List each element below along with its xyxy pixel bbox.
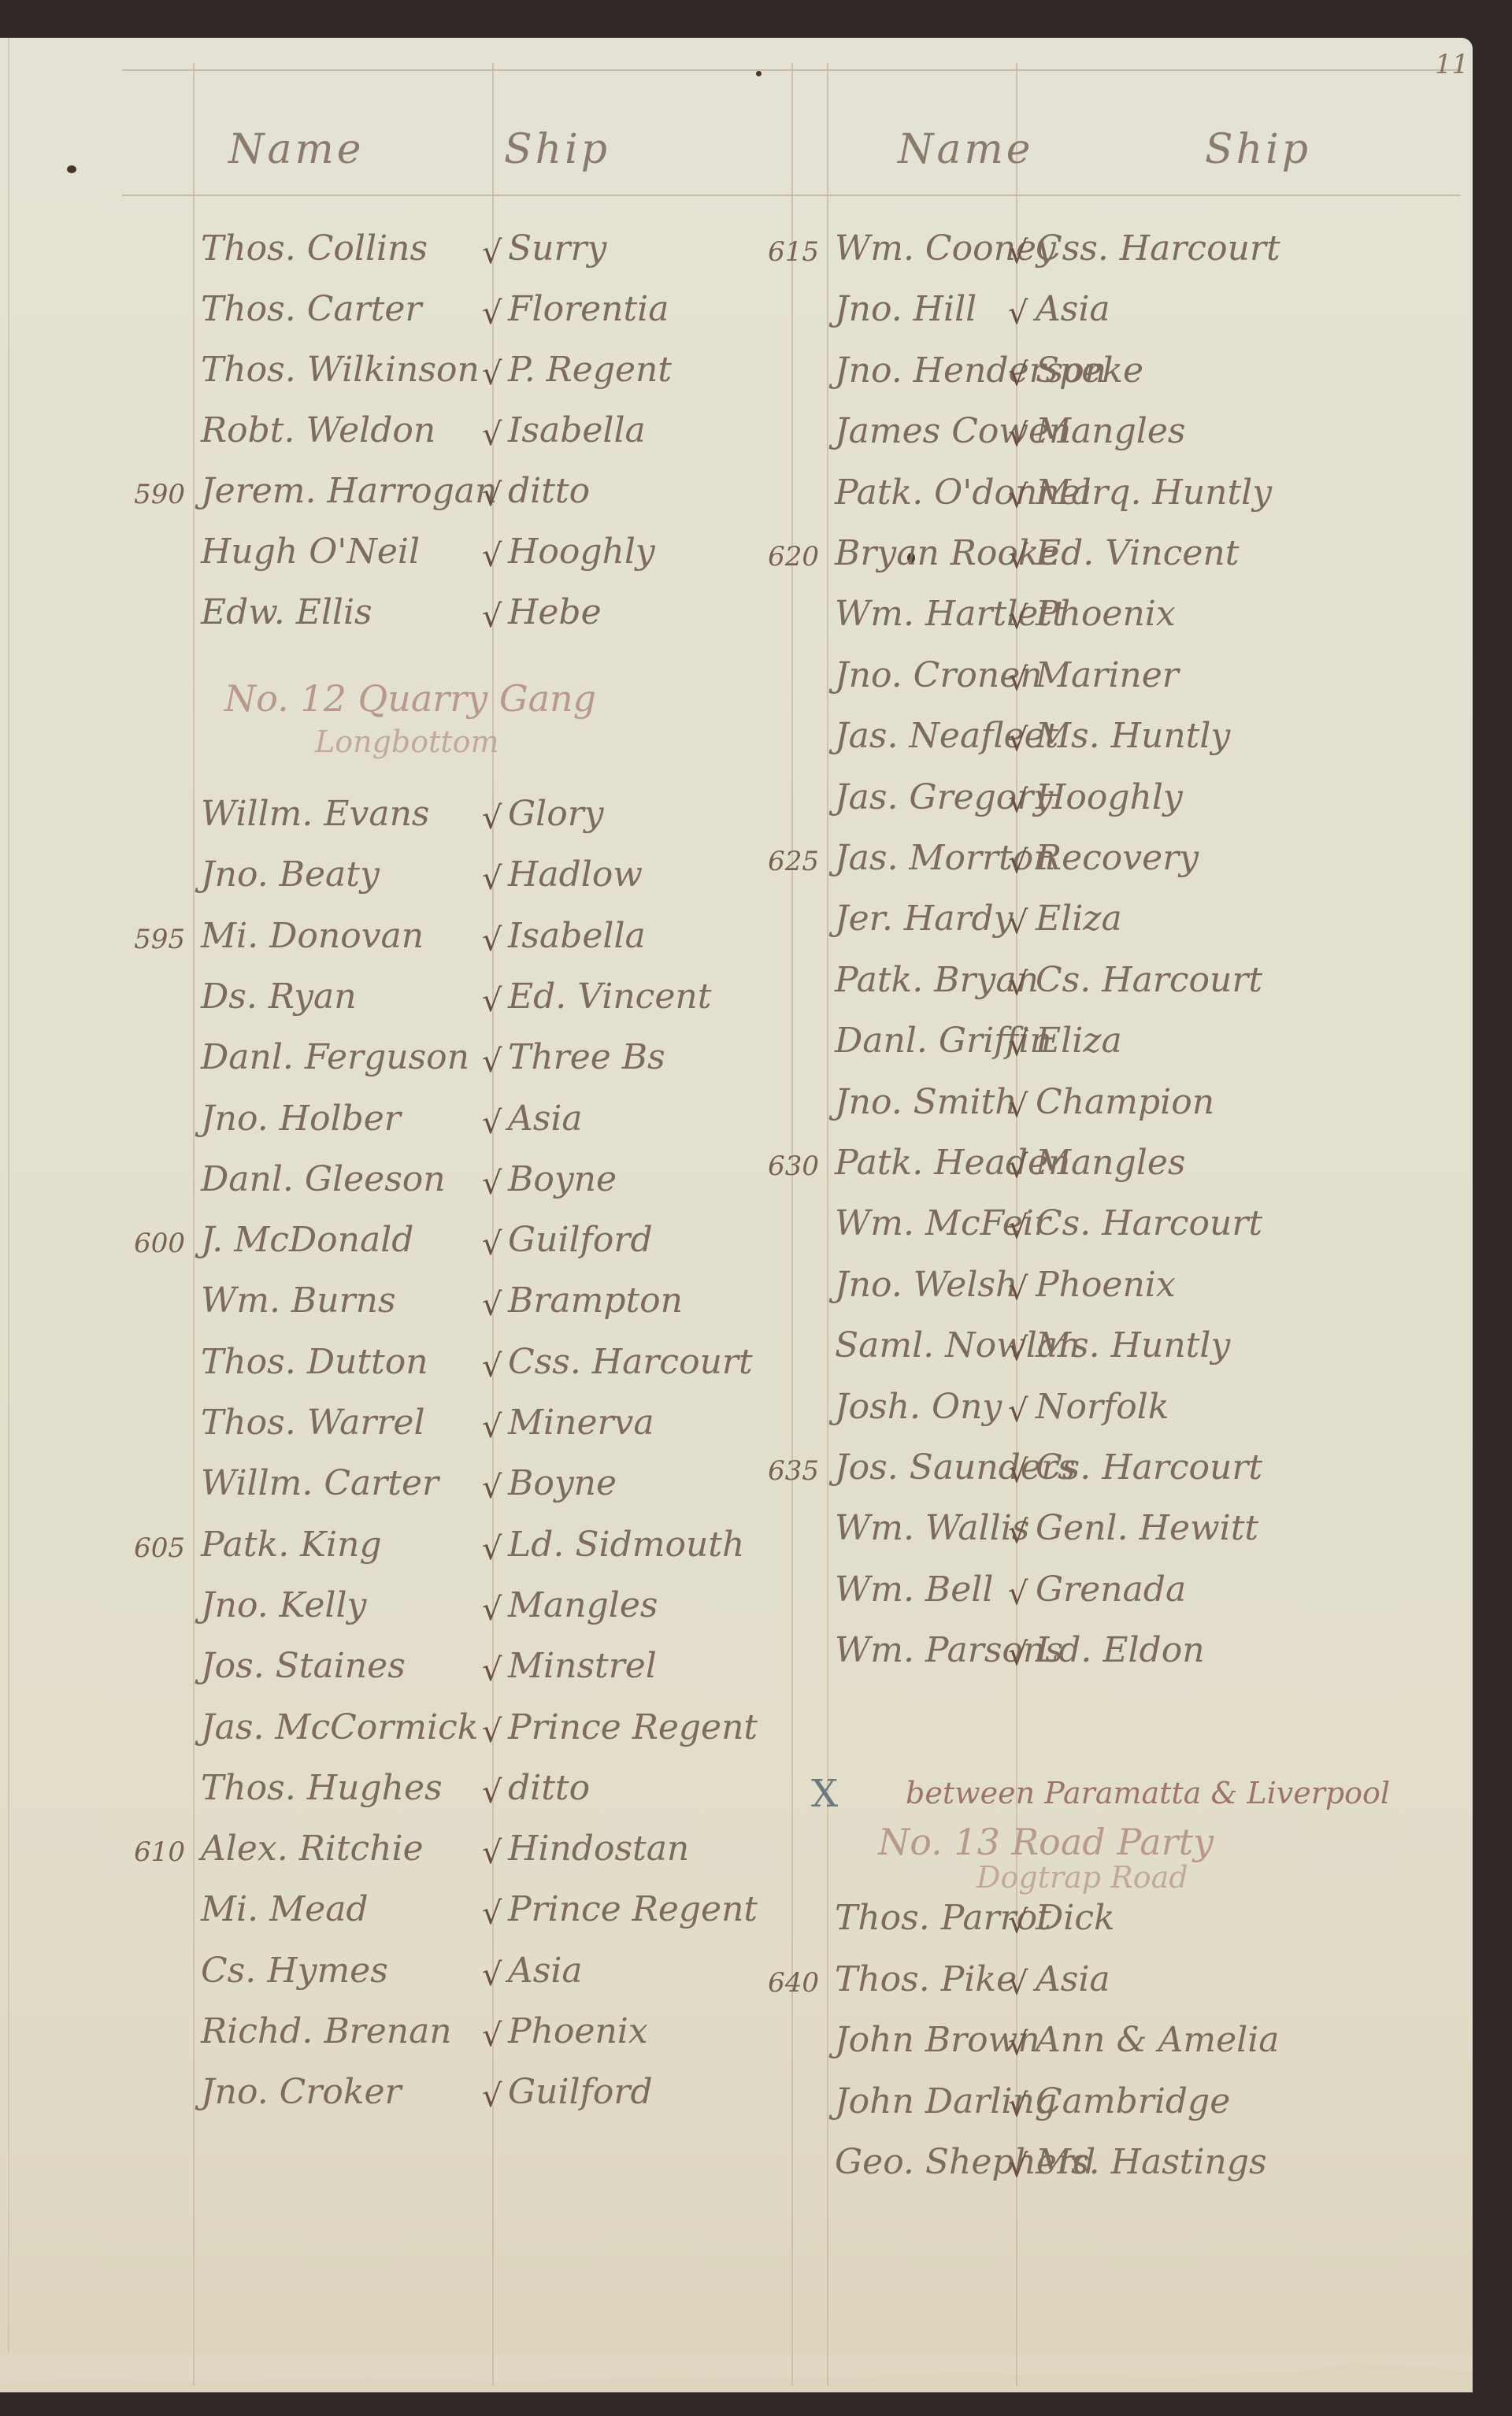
ship-name: Phoenix (1036, 594, 1176, 634)
convict-name: Thos. Wilkinson (201, 350, 480, 390)
column-header-name-right: Name (898, 126, 1034, 173)
convict-name: Jer. Hardy (835, 899, 1014, 939)
convict-name: Jno. Kelly (201, 1585, 366, 1625)
ship-name: Prince Regent (508, 1889, 758, 1929)
convict-name: Cs. Hymes (201, 1951, 388, 1991)
check-mark-icon: √ (482, 538, 502, 574)
ship-name: Speke (1036, 350, 1143, 391)
convict-name: Josh. Ony (835, 1387, 1002, 1427)
ship-name: Ms. Huntly (1036, 716, 1230, 756)
check-mark-icon: √ (482, 983, 502, 1019)
convict-name: Ds. Ryan (201, 976, 357, 1017)
x-mark: X (811, 1772, 838, 1816)
convict-name: Willm. Evans (201, 794, 430, 834)
ruled-center-divider (791, 63, 793, 2386)
check-mark-icon: √ (482, 1774, 502, 1810)
convict-name: Patk. King (201, 1525, 382, 1565)
check-mark-icon: √ (1008, 905, 1028, 941)
convict-name: Jno. Holber (201, 1099, 401, 1139)
convict-name: Thos. Carter (201, 289, 421, 329)
check-mark-icon: √ (1008, 2148, 1028, 2184)
ship-name: Hooghly (508, 532, 655, 572)
ship-name: Dick (1036, 1898, 1115, 1938)
convict-name: Thos. Dutton (201, 1342, 428, 1382)
convict-name: Edw. Ellis (201, 592, 372, 632)
ship-name: Css. Harcourt (1036, 228, 1280, 269)
check-mark-icon: √ (1008, 1636, 1028, 1673)
convict-name: Thos. Pike (835, 1959, 1017, 1999)
check-mark-icon: √ (1008, 1088, 1028, 1125)
ship-name: Norfolk (1036, 1387, 1169, 1427)
check-mark-icon: √ (1008, 1966, 1028, 2002)
check-mark-icon: √ (482, 356, 502, 392)
check-mark-icon: √ (1008, 357, 1028, 393)
check-mark-icon: √ (1008, 539, 1028, 576)
ship-name: Mangles (1036, 411, 1185, 451)
ship-name: Champion (1036, 1082, 1214, 1122)
ship-name: Eliza (1036, 1021, 1122, 1061)
check-mark-icon: √ (482, 1469, 502, 1506)
ship-name: Asia (1036, 289, 1110, 329)
convict-name: Jas. McCormick (201, 1707, 478, 1747)
check-mark-icon: √ (1008, 1514, 1028, 1551)
ship-name: Asia (508, 1951, 583, 1991)
convict-name: Wm. Parsons (835, 1630, 1063, 1670)
check-mark-icon: √ (482, 922, 502, 958)
entry-number: 610 (122, 1836, 185, 1868)
ship-name: Mangles (508, 1585, 658, 1625)
entry-number: 630 (756, 1151, 819, 1182)
ship-name: Ed. Vincent (508, 976, 711, 1017)
ship-name: Cs. Harcourt (1036, 1203, 1262, 1243)
check-mark-icon: √ (1008, 966, 1028, 1002)
ship-name: Hindostan (508, 1829, 689, 1869)
column-header-ship-left: Ship (504, 126, 610, 173)
ship-name: Surry (508, 228, 606, 269)
check-mark-icon: √ (1008, 1271, 1028, 1307)
ship-name: Mariner (1036, 655, 1179, 695)
convict-name: Jno. Welsh (835, 1265, 1017, 1305)
convict-name: Thos. Collins (201, 228, 428, 269)
ship-name: Cs. Harcourt (1036, 960, 1262, 1000)
ship-name: Brampton (508, 1280, 683, 1321)
convict-name: Jno. Smith (835, 1082, 1017, 1122)
check-mark-icon: √ (482, 1348, 502, 1384)
right-section-subtitle: Dogtrap Road (976, 1860, 1188, 1895)
ship-name: Ms. Huntly (1036, 1325, 1230, 1365)
entry-number: 640 (756, 1967, 819, 1999)
entry-number: 635 (756, 1455, 819, 1487)
ship-name: Marq. Huntly (1036, 472, 1272, 513)
ship-name: Prince Regent (508, 1707, 758, 1747)
convict-name: Danl. Gleeson (201, 1159, 446, 1199)
convict-name: Wm. Wallis (835, 1508, 1029, 1548)
entry-number: 600 (122, 1228, 185, 1259)
convict-name: Jno. Hill (835, 289, 976, 329)
ink-blot (67, 165, 76, 173)
check-mark-icon: √ (1008, 1393, 1028, 1429)
ship-name: Guilford (508, 2072, 653, 2112)
ship-name: Boyne (508, 1463, 617, 1503)
ship-name: Phoenix (508, 2011, 648, 2051)
convict-name: Wm. Burns (201, 1280, 396, 1321)
check-mark-icon: √ (482, 1287, 502, 1323)
entry-number: 595 (122, 924, 185, 955)
check-mark-icon: √ (482, 235, 502, 271)
ship-name: Isabella (508, 410, 646, 450)
ship-name: Glory (508, 794, 604, 834)
check-mark-icon: √ (482, 1835, 502, 1871)
check-mark-icon: √ (482, 2078, 502, 2114)
ship-name: Ann & Amelia (1036, 2020, 1280, 2060)
convict-name: Wm. Hartlett (835, 594, 1066, 634)
convict-name: Thos. Hughes (201, 1768, 443, 1808)
ship-name: Mangles (1036, 1143, 1185, 1183)
convict-name: Richd. Brenan (201, 2011, 452, 2051)
check-mark-icon: √ (1008, 1576, 1028, 1612)
ruled-margin-line-left (193, 63, 195, 2386)
convict-name: J. McDonald (201, 1220, 413, 1260)
ship-name: ditto (508, 1768, 590, 1808)
right-section-note: between Paramatta & Liverpool (906, 1776, 1390, 1810)
ruled-top-line (122, 69, 1461, 71)
entry-number: 625 (756, 846, 819, 877)
convict-name: Willm. Carter (201, 1463, 439, 1503)
ship-name: Ms. Hastings (1036, 2142, 1267, 2182)
ship-name: Florentia (508, 289, 669, 329)
check-mark-icon: √ (482, 2018, 502, 2054)
convict-name: Jno. Beaty (201, 854, 380, 895)
ship-name: Grenada (1036, 1569, 1186, 1610)
check-mark-icon: √ (482, 1105, 502, 1141)
ship-name: Minstrel (508, 1646, 657, 1686)
check-mark-icon: √ (482, 477, 502, 513)
check-mark-icon: √ (1008, 784, 1028, 820)
check-mark-icon: √ (1008, 2026, 1028, 2062)
ruled-margin-line-right (827, 63, 828, 2386)
check-mark-icon: √ (1008, 1149, 1028, 1185)
check-mark-icon: √ (1008, 2088, 1028, 2124)
ship-name: Guilford (508, 1220, 653, 1260)
column-header-name-left: Name (228, 126, 365, 173)
ship-name: P. Regent (508, 350, 672, 390)
ship-name: Boyne (508, 1159, 617, 1199)
page-fold-line (8, 38, 9, 2353)
check-mark-icon: √ (482, 295, 502, 332)
convict-name: Mi. Donovan (201, 916, 424, 956)
check-mark-icon: √ (482, 1165, 502, 1202)
convict-name: Jerem. Harrogan (201, 471, 497, 511)
ship-name: Isabella (508, 916, 646, 956)
left-section-subtitle: Longbottom (315, 724, 499, 759)
convict-name: Mi. Mead (201, 1889, 369, 1929)
check-mark-icon: √ (482, 1652, 502, 1688)
check-mark-icon: √ (482, 1714, 502, 1750)
check-mark-icon: √ (482, 1895, 502, 1932)
ship-name: Phoenix (1036, 1265, 1176, 1305)
check-mark-icon: √ (1008, 295, 1028, 332)
convict-name: Wm. Bell (835, 1569, 993, 1610)
check-mark-icon: √ (1008, 722, 1028, 758)
check-mark-icon: √ (1008, 600, 1028, 636)
check-mark-icon: √ (482, 1043, 502, 1080)
page-number: 11 (1435, 49, 1469, 80)
ship-name: Hooghly (1036, 777, 1183, 817)
check-mark-icon: √ (482, 598, 502, 635)
ship-name: ditto (508, 471, 590, 511)
ship-name: Recovery (1036, 838, 1199, 878)
check-mark-icon: √ (482, 1409, 502, 1445)
check-mark-icon: √ (482, 1957, 502, 1993)
check-mark-icon: √ (482, 417, 502, 453)
ship-name: Eliza (1036, 899, 1122, 939)
ship-name: Asia (508, 1099, 583, 1139)
check-mark-icon: √ (482, 1226, 502, 1262)
convict-name: Jos. Staines (201, 1646, 406, 1686)
ship-name: Cs. Harcourt (1036, 1447, 1262, 1488)
entry-number: 620 (756, 541, 819, 573)
check-mark-icon: √ (1008, 1904, 1028, 1940)
check-mark-icon: √ (1008, 1027, 1028, 1063)
check-mark-icon: √ (1008, 1332, 1028, 1368)
entry-number: 605 (122, 1532, 185, 1564)
check-mark-icon: √ (1008, 479, 1028, 515)
ship-name: Hadlow (508, 854, 643, 895)
check-mark-icon: √ (1008, 1210, 1028, 1246)
convict-name: Thos. Warrel (201, 1403, 425, 1443)
check-mark-icon: √ (1008, 844, 1028, 880)
convict-name: Alex. Ritchie (201, 1829, 424, 1869)
ship-name: Genl. Hewitt (1036, 1508, 1258, 1548)
ship-name: Ld. Eldon (1036, 1630, 1205, 1670)
check-mark-icon: √ (1008, 1454, 1028, 1490)
check-mark-icon: √ (482, 861, 502, 897)
ship-name: Three Bs (508, 1037, 665, 1077)
check-mark-icon: √ (1008, 235, 1028, 271)
convict-name: Robt. Weldon (201, 410, 435, 450)
ship-name: Css. Harcourt (508, 1342, 753, 1382)
check-mark-icon: √ (1008, 417, 1028, 454)
ship-name: Ld. Sidmouth (508, 1525, 744, 1565)
check-mark-icon: √ (482, 1592, 502, 1628)
entry-number: 615 (756, 236, 819, 268)
ship-name: Minerva (508, 1403, 654, 1443)
check-mark-icon: √ (482, 1531, 502, 1567)
convict-name: Danl. Ferguson (201, 1037, 469, 1077)
column-header-ship-right: Ship (1205, 126, 1311, 173)
ship-name: Asia (1036, 1959, 1110, 1999)
left-section-title: No. 12 Quarry Gang (224, 677, 596, 720)
ship-name: Ed. Vincent (1036, 533, 1239, 573)
convict-name: Hugh O'Neil (201, 532, 420, 572)
check-mark-icon: √ (482, 800, 502, 836)
ink-blot (756, 71, 762, 76)
convict-name: Jno. Croker (201, 2072, 402, 2112)
ship-name: Hebe (508, 592, 602, 632)
entry-number: 590 (122, 479, 185, 510)
ruled-header-line (122, 195, 1461, 196)
check-mark-icon: √ (1008, 661, 1028, 698)
right-section-title: No. 13 Road Party (878, 1821, 1214, 1863)
ship-name: Cambridge (1036, 2081, 1230, 2121)
